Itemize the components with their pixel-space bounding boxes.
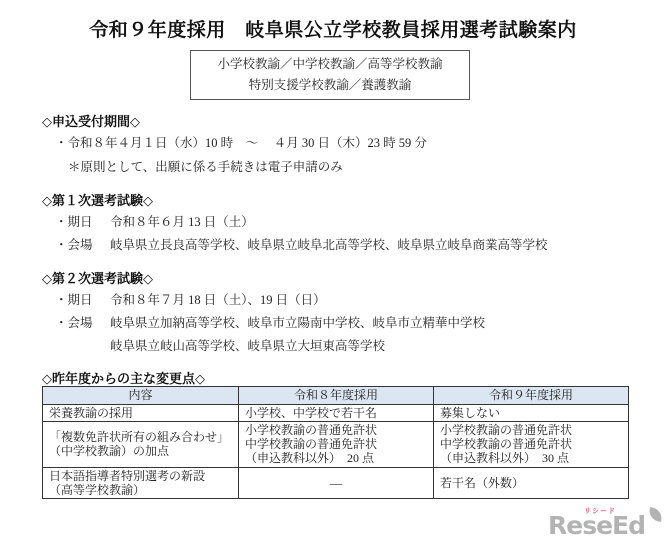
document-page: 令和９年度採用 岐阜県公立学校教員採用選考試験案内 小学校教諭／中学校教諭／高等… — [0, 0, 666, 554]
second-exam-date-label: ・期日 — [55, 290, 110, 308]
second-exam-date-value: 令和８年７月 18 日（土）、19 日（日） — [110, 290, 326, 308]
first-exam-date-label: ・期日 — [55, 212, 110, 230]
cell-line: （高等学校教諭） — [49, 483, 232, 497]
reseed-logo: リシード ReseEd — [548, 506, 660, 546]
subject-box: 小学校教諭／中学校教諭／高等学校教諭 特別支援学校教諭／養護教諭 — [190, 50, 470, 100]
column-header-r9: 令和９年度採用 — [434, 387, 629, 405]
cell-line: （申込教科以外） 30 点 — [440, 451, 622, 465]
cell-line: 中学校教諭の普通免許状 — [245, 437, 427, 451]
application-period-text: ・令和８年４月１日（水）10 時 ～ ４月 30 日（木）23 時 59 分 — [55, 133, 427, 151]
first-exam-venue-row: ・会場 岐阜県立長良高等学校、岐阜県立岐阜北高等学校、岐阜県立岐阜商業高等学校 — [55, 235, 548, 253]
first-exam-date-row: ・期日 令和８年６月 13 日（土） — [55, 212, 254, 230]
cell-line: 栄養教諭の採用 — [49, 406, 232, 420]
changes-table-header-row: 内容 令和８年度採用 令和９年度採用 — [43, 387, 629, 405]
second-exam-venue-row: ・会場 岐阜県立加納高等学校、岐阜市立陽南中学校、岐阜市立精華中学校 — [55, 313, 485, 331]
table-row: 「複数免許状所有の組み合わせ」 （中学校教諭）の加点 小学校教諭の普通免許状 中… — [43, 422, 629, 467]
cell-line: 小学校、中学校で若干名 — [245, 406, 427, 420]
cell-line: 若干名（外数） — [440, 476, 622, 490]
second-exam-venue-line1: 岐阜県立加納高等学校、岐阜市立陽南中学校、岐阜市立精華中学校 — [110, 313, 485, 331]
application-period-note: ＊原則として、出願に係る手続きは電子申請のみ — [68, 157, 343, 175]
section-heading-first-exam: ◇第１次選考試験◇ — [42, 190, 153, 209]
cell-line: 中学校教諭の普通免許状 — [440, 437, 622, 451]
page-title: 令和９年度採用 岐阜県公立学校教員採用選考試験案内 — [0, 15, 666, 42]
table-row: 栄養教諭の採用 小学校、中学校で若干名 募集しない — [43, 405, 629, 422]
reseed-logo-wordmark: ReseEd — [548, 512, 645, 540]
column-header-content: 内容 — [43, 387, 239, 405]
section-heading-application-period: ◇申込受付期間◇ — [42, 111, 140, 130]
cell-line: 日本語指導者特別選考の新設 — [49, 469, 232, 483]
changes-table: 内容 令和８年度採用 令和９年度採用 栄養教諭の採用 小学校、中学校で若干名 募… — [42, 386, 629, 499]
first-exam-venue-value: 岐阜県立長良高等学校、岐阜県立岐阜北高等学校、岐阜県立岐阜商業高等学校 — [110, 235, 548, 253]
cell-line: 小学校教諭の普通免許状 — [440, 423, 622, 437]
second-exam-venue-label: ・会場 — [55, 313, 110, 331]
subject-box-line-1: 小学校教諭／中学校教諭／高等学校教諭 — [217, 56, 442, 73]
column-header-r8: 令和８年度採用 — [239, 387, 434, 405]
section-heading-second-exam: ◇第２次選考試験◇ — [42, 268, 153, 287]
second-exam-date-row: ・期日 令和８年７月 18 日（土）、19 日（日） — [55, 290, 326, 308]
cell-line: ― — [245, 476, 427, 490]
section-heading-changes: ◇昨年度からの主な変更点◇ — [42, 368, 205, 387]
cell-line: （申込教科以外） 20 点 — [245, 451, 427, 465]
first-exam-venue-label: ・会場 — [55, 235, 110, 253]
second-exam-venue-line2: 岐阜県立岐山高等学校、岐阜県立大垣東高等学校 — [110, 336, 385, 354]
cell-line: （中学校教諭）の加点 — [49, 444, 232, 458]
cell-line: 募集しない — [440, 406, 622, 420]
table-row: 日本語指導者特別選考の新設 （高等学校教諭） ― 若干名（外数） — [43, 467, 629, 498]
subject-box-line-2: 特別支援学校教諭／養護教諭 — [249, 77, 412, 94]
first-exam-date-value: 令和８年６月 13 日（土） — [110, 212, 254, 230]
cell-line: 「複数免許状所有の組み合わせ」 — [49, 430, 232, 444]
cell-line: 小学校教諭の普通免許状 — [245, 423, 427, 437]
leaf-icon — [648, 507, 663, 522]
